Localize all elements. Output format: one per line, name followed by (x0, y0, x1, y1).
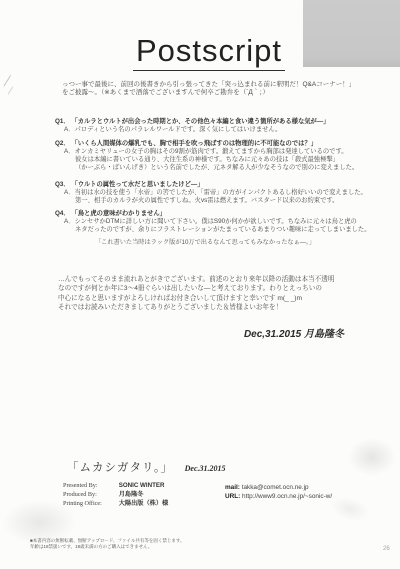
question-text: 「カルラとウルトが出会った時期とか、その他色々本編と食い違う箇所がある様な気が—… (71, 118, 329, 125)
credit-row: Printing Office: 大陽出版（株）様 (63, 500, 168, 509)
question-text: 「ウルトの属性って水だと思いましたけど—」 (71, 181, 203, 188)
closing-line: …んでもってそのまま流れあとがきでございます。前述のとおり来年以降の活動は本当不… (58, 275, 370, 284)
answer-line: A．当初は水の技を使う「水帝」の筈でしたが、「雷帝」の方がインパクトあるし格好い… (55, 189, 373, 197)
url-label: URL: (225, 493, 240, 500)
closing-line: 中心になると思いますがよろしければお付き合いして頂けますと幸いです m(_ _)… (58, 294, 370, 303)
question-label: Q2． (55, 140, 70, 147)
credit-value: SONIC WINTER (119, 482, 165, 489)
page-title: Postscript (133, 33, 285, 71)
qa-block-1: Q1． 「カルラとウルトが出会った時期とか、その他色々本編と食い違う箇所がある様… (55, 118, 373, 133)
answer-line: A．シンセサかDTMに詳しい方に聞いて下さい。僕はS90か何かが欲しいです。ちな… (55, 218, 373, 226)
question-text: 「いくら人間媒体の爆乳でも、胸で相手を吹っ飛ばすのは物理的に不可能なのでは？」 (71, 140, 317, 147)
colophon-credits: Presented By: SONIC WINTER Produced By: … (63, 482, 168, 508)
intro-paragraph: っつー事で最後に、前回の後書きから引っ張ってきた「突っ込まれる前に釈明だ！Q&A… (62, 81, 364, 98)
question-label: Q1． (55, 118, 70, 125)
answer-line: ネタだったのですが、余りにフラストレーションがたまっているあまりつい趣味に走って… (55, 226, 373, 234)
question-label: Q4． (55, 210, 70, 217)
scanned-postscript-page: Postscript っつー事で最後に、前回の後書きから引っ張ってきた「突っ込ま… (0, 0, 400, 569)
answer-line: （かーぶら・ばいんげき）という名前でしたが、元ネタ解る人が少なそうなので別のに変… (55, 164, 373, 172)
colophon-title-row: 「ムカシガタリ。」 Dec.31.2015 (67, 458, 226, 476)
scan-smudge (348, 438, 396, 476)
scan-stroke-artifact (3, 75, 11, 87)
answer-line: 第一、相手のカルラが火の属性ですしね。火vs雷は燃えます。バスタード以来のお約束… (55, 197, 373, 205)
book-title: 「ムカシガタリ。」 (67, 462, 173, 474)
closing-line: それではお読みいただきましてありがとうございました＆皆様よいお年を！ (58, 303, 370, 312)
mail-label: mail: (225, 484, 240, 491)
credit-label: Produced By: (63, 491, 117, 500)
question-line: Q1． 「カルラとウルトが出会った時期とか、その他色々本編と食い違う箇所がある様… (55, 118, 373, 126)
qa-block-4: Q4． 「鳥と虎の意味がわかりません」 A．シンセサかDTMに詳しい方に聞いて下… (55, 210, 373, 233)
contact-row: mail: takka@comet.ocn.ne.jp (225, 483, 332, 492)
colophon-contact: mail: takka@comet.ocn.ne.jp URL: http://… (225, 483, 332, 501)
fine-print-line: ■本書内容の無断転載、無断アップロード、ファイル共有等を固く禁じます。 (30, 538, 185, 544)
credit-value: 大陽出版（株）様 (119, 500, 169, 507)
fine-print-line: 年齢は18禁扱いです。18歳未満の方のご購入はできません。 (30, 544, 185, 550)
author-signature: Dec,31.2015 月島隆冬 (244, 325, 344, 340)
page-number: 26 (383, 546, 390, 552)
question-label: Q3． (55, 181, 70, 188)
qa-block-3: Q3． 「ウルトの属性って水だと思いましたけど—」 A．当初は水の技を使う「水帝… (55, 181, 373, 204)
scan-smudge (328, 492, 373, 525)
credit-row: Presented By: SONIC WINTER (63, 482, 168, 491)
scan-stroke-artifact (8, 86, 14, 94)
question-text: 「鳥と虎の意味がわかりません」 (71, 210, 165, 217)
question-line: Q2． 「いくら人間媒体の爆乳でも、胸で相手を吹っ飛ばすのは物理的に不可能なので… (55, 140, 373, 148)
qa-section: Q1． 「カルラとウルトが出会った時期とか、その他色々本編と食い違う箇所がある様… (55, 118, 373, 233)
credit-row: Produced By: 月島隆冬 (63, 491, 168, 500)
answer-line: A．オンカミヤリューの女子の胸はその9割が筋肉です。鍛えてますから胸部は発達して… (55, 148, 373, 156)
credit-value: 月島隆冬 (119, 491, 144, 498)
fine-print: ■本書内容の無断転載、無断アップロード、ファイル共有等を固く禁じます。 年齢は1… (30, 538, 185, 550)
credit-label: Presented By: (63, 482, 117, 491)
answer-line: A．パロディという名のパラレルワールドです。深く気にしてはいけません。 (55, 126, 373, 134)
answer-line: 彼女は本編に書いている通り、大往生系の神様です。ちなみに元々あの技は「殺式最強極… (55, 156, 373, 164)
mail-value: takka@comet.ocn.ne.jp (242, 484, 309, 491)
contact-row: URL: http://www9.ocn.ne.jp/~sonic-w/ (225, 492, 332, 501)
question-line: Q4． 「鳥と虎の意味がわかりません」 (55, 210, 373, 218)
url-value: http://www9.ocn.ne.jp/~sonic-w/ (242, 493, 332, 500)
closing-line: なのですが何とか年に3〜4冊ぐらいは出したいな—と考えております。わりとえっちい… (58, 284, 370, 293)
book-date: Dec.31.2015 (185, 464, 226, 473)
intro-line: をご披露〜。（※あくまで洒落でございますんで何卒ご勘弁を（´Д｀；） (62, 89, 364, 97)
page-title-wrap: Postscript (0, 33, 400, 71)
aside-note: 「これ書いた当時はラック版が10万で出るなんて思ってもみなかったなぁ—。」 (95, 237, 315, 246)
question-line: Q3． 「ウルトの属性って水だと思いましたけど—」 (55, 181, 373, 189)
qa-block-2: Q2． 「いくら人間媒体の爆乳でも、胸で相手を吹っ飛ばすのは物理的に不可能なので… (55, 140, 373, 171)
closing-paragraph: …んでもってそのまま流れあとがきでございます。前述のとおり来年以降の活動は本当不… (58, 275, 370, 312)
credit-label: Printing Office: (63, 500, 117, 509)
